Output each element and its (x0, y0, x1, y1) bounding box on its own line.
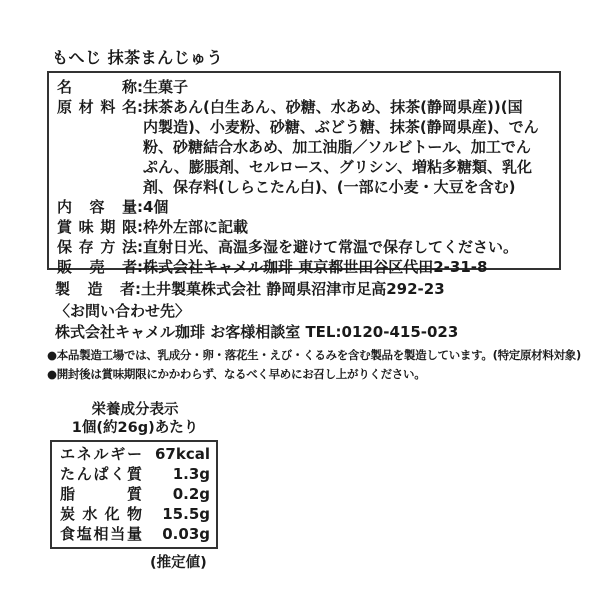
ingredients-line: ぷん、膨脹剤、セルロース、グリシン、増粘多糖類、乳化 (143, 157, 532, 177)
row-label: 内容量 (57, 197, 137, 217)
inquiry-heading: 〈お問い合わせ先〉 (55, 301, 190, 321)
row-value: 枠外左部に記載 (143, 218, 248, 236)
nutrient-value: 1.3g (173, 464, 210, 484)
row-content: 内容量:4個 (57, 197, 168, 217)
nutrient-label: エネルギー (60, 444, 142, 464)
manufacturer-value: 土井製菓株式会社 静岡県沼津市足高292-23 (141, 280, 445, 298)
row-label: 賞味期限 (57, 217, 137, 237)
row-storage: 保存方法:直射日光、高温多湿を避けて常温で保存してください。 (57, 237, 518, 257)
nutrient-value: 67kcal (155, 444, 210, 464)
nutrient-value: 0.03g (162, 524, 210, 544)
inquiry-contact: 株式会社キャメル珈琲 お客様相談室 TEL:0120-415-023 (55, 322, 458, 342)
row-label: 名称 (57, 77, 137, 97)
manufacturer-line: 製造者:土井製菓株式会社 静岡県沼津市足高292-23 (55, 279, 445, 299)
ingredients-line: 抹茶あん(白生あん、砂糖、水あめ、抹茶(静岡県産))(国 (143, 98, 523, 116)
row-value: 直射日光、高温多湿を避けて常温で保存してください。 (143, 238, 518, 256)
row-seller: 販売者:株式会社キャメル珈琲 東京都世田谷区代田2-31-8 (57, 257, 487, 277)
storage-note: ●開封後は賞味期限にかかわらず、なるべく早めにお召し上がりください。 (47, 366, 425, 382)
estimate-note: (推定値) (150, 551, 207, 572)
nutrient-label: 脂質 (60, 484, 142, 504)
nutrient-label: たんぱく質 (60, 464, 142, 484)
row-name: 名称:生菓子 (57, 77, 188, 97)
row-label: 原材料名 (57, 97, 137, 117)
row-ingredients: 原材料名:抹茶あん(白生あん、砂糖、水あめ、抹茶(静岡県産))(国 (57, 97, 523, 117)
row-value: 株式会社キャメル珈琲 東京都世田谷区代田2-31-8 (143, 258, 487, 276)
ingredients-line: 粉、砂糖結合水あめ、加工油脂／ソルビトール、加工でん (143, 137, 531, 157)
manufacturer-label: 製造者 (55, 279, 135, 299)
row-value: 4個 (143, 198, 168, 216)
row-label: 保存方法 (57, 237, 137, 257)
nutrition-serving: 1個(約26g)あたり (55, 419, 215, 437)
nutrient-label: 炭水化物 (60, 504, 142, 524)
product-title: もへじ 抹茶まんじゅう (52, 45, 223, 68)
allergen-note: ●本品製造工場では、乳成分・卵・落花生・えび・くるみを含む製品を製造しています。… (47, 347, 581, 363)
nutrition-table: エネルギー 67kcal たんぱく質 1.3g 脂質 0.2g 炭水化物 15.… (50, 440, 218, 549)
nutrition-title: 栄養成分表示 (55, 401, 215, 419)
row-best-before: 賞味期限:枠外左部に記載 (57, 217, 248, 237)
nutrient-value: 0.2g (173, 484, 210, 504)
ingredients-line: 内製造)、小麦粉、砂糖、ぶどう糖、抹茶(静岡県産)、でん (143, 117, 539, 137)
row-value: 生菓子 (143, 78, 188, 96)
nutrient-label: 食塩相当量 (60, 524, 142, 544)
ingredients-line: 剤、保存料(しらこたん白)、(一部に小麦・大豆を含む) (143, 177, 515, 197)
label-table: 名称:生菓子 原材料名:抹茶あん(白生あん、砂糖、水あめ、抹茶(静岡県産))(国… (47, 71, 561, 270)
row-label: 販売者 (57, 257, 137, 277)
nutrient-value: 15.5g (162, 504, 210, 524)
